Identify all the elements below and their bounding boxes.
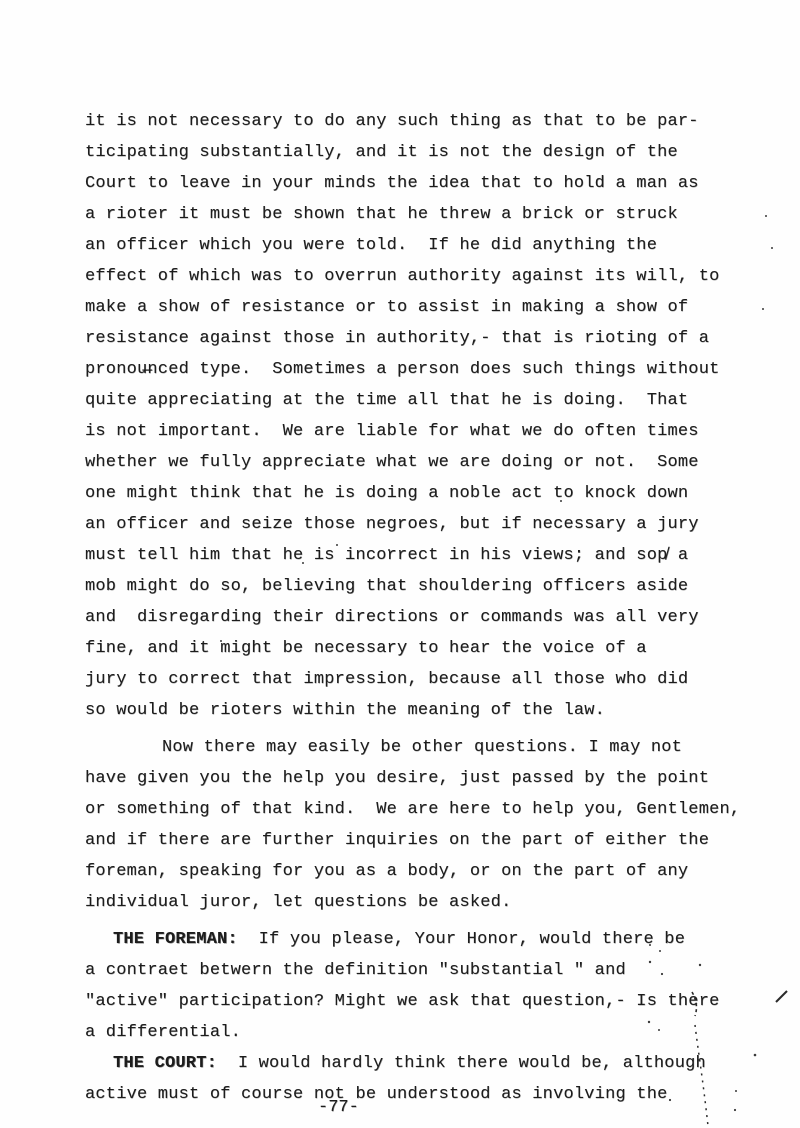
transcript-body: it is not necessary to do any such thing… xyxy=(85,106,785,1110)
ink-speck xyxy=(388,549,390,551)
speaker-label: THE FOREMAN: xyxy=(113,930,238,949)
ink-speck xyxy=(765,215,767,217)
speaker-label: THE COURT: xyxy=(113,1054,217,1073)
ink-speck xyxy=(649,944,651,946)
ink-speck xyxy=(735,1090,737,1092)
paragraph: it is not necessary to do any such thing… xyxy=(85,106,785,726)
ink-speck xyxy=(302,562,304,564)
ink-speck xyxy=(220,640,222,642)
page-number: -77- xyxy=(318,1096,359,1120)
ink-speck xyxy=(336,544,338,546)
ink-speck xyxy=(771,247,773,249)
ink-speck xyxy=(762,308,764,310)
paragraph: Now there may easily be other questions.… xyxy=(85,732,785,918)
ink-speck xyxy=(560,500,562,502)
paragraph: THE COURT: I would hardly think there wo… xyxy=(85,1048,785,1110)
paragraph: THE FOREMAN: If you please, Your Honor, … xyxy=(85,924,785,1048)
document-page: it is not necessary to do any such thing… xyxy=(0,0,800,1128)
ink-speck xyxy=(659,950,661,952)
